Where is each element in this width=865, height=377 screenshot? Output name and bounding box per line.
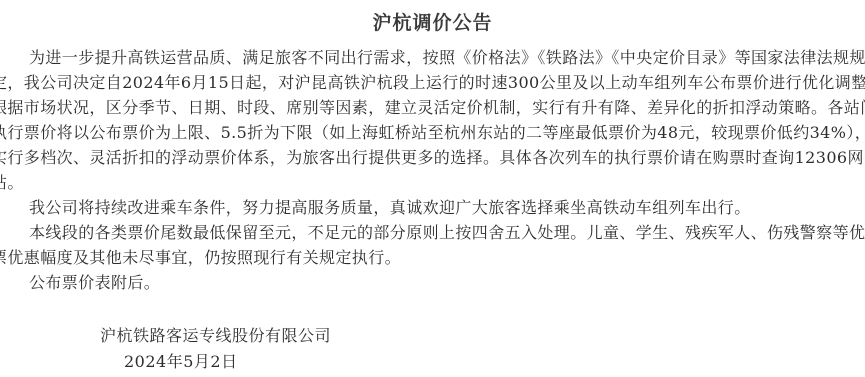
body-line-7: 我公司将持续改进乘车条件，努力提高服务质量，真诚欢迎广大旅客选择乘坐高铁动车组列… bbox=[0, 195, 865, 220]
body-line-6: 站。 bbox=[0, 170, 865, 195]
body-line-4: 执行票价将以公布票价为上限、5.5折为下限（如上海虹桥站至杭州东站的二等座最低票… bbox=[0, 120, 865, 145]
body-line-3: 根据市场状况，区分季节、日期、时段、席别等因素，建立灵活定价机制，实行有升有降、… bbox=[0, 95, 865, 120]
body-line-1: 为进一步提升高铁运营品质、满足旅客不同出行需求，按照《价格法》《铁路法》《中央定… bbox=[0, 45, 865, 70]
signature-date: 2024年5月2日 bbox=[124, 352, 238, 372]
price-adjustment-announcement: 沪杭调价公告 为进一步提升高铁运营品质、满足旅客不同出行需求，按照《价格法》《铁… bbox=[0, 0, 865, 377]
body-line-9: 票优惠幅度及其他未尽事宜，仍按照现行有关规定执行。 bbox=[0, 245, 865, 270]
body-line-2: 定，我公司决定自2024年6月15日起，对沪昆高铁沪杭段上运行的时速300公里及… bbox=[0, 70, 865, 95]
signature-company: 沪杭铁路客运专线股份有限公司 bbox=[100, 326, 331, 346]
page-title: 沪杭调价公告 bbox=[0, 0, 865, 35]
body-line-8: 本线段的各类票价尾数最低保留至元，不足元的部分原则上按四舍五入处理。儿童、学生、… bbox=[0, 220, 865, 245]
body-line-10: 公布票价表附后。 bbox=[0, 270, 865, 295]
announcement-body: 为进一步提升高铁运营品质、满足旅客不同出行需求，按照《价格法》《铁路法》《中央定… bbox=[0, 45, 865, 295]
body-line-5: 实行多档次、灵活折扣的浮动票价体系，为旅客出行提供更多的选择。具体各次列车的执行… bbox=[0, 145, 865, 170]
